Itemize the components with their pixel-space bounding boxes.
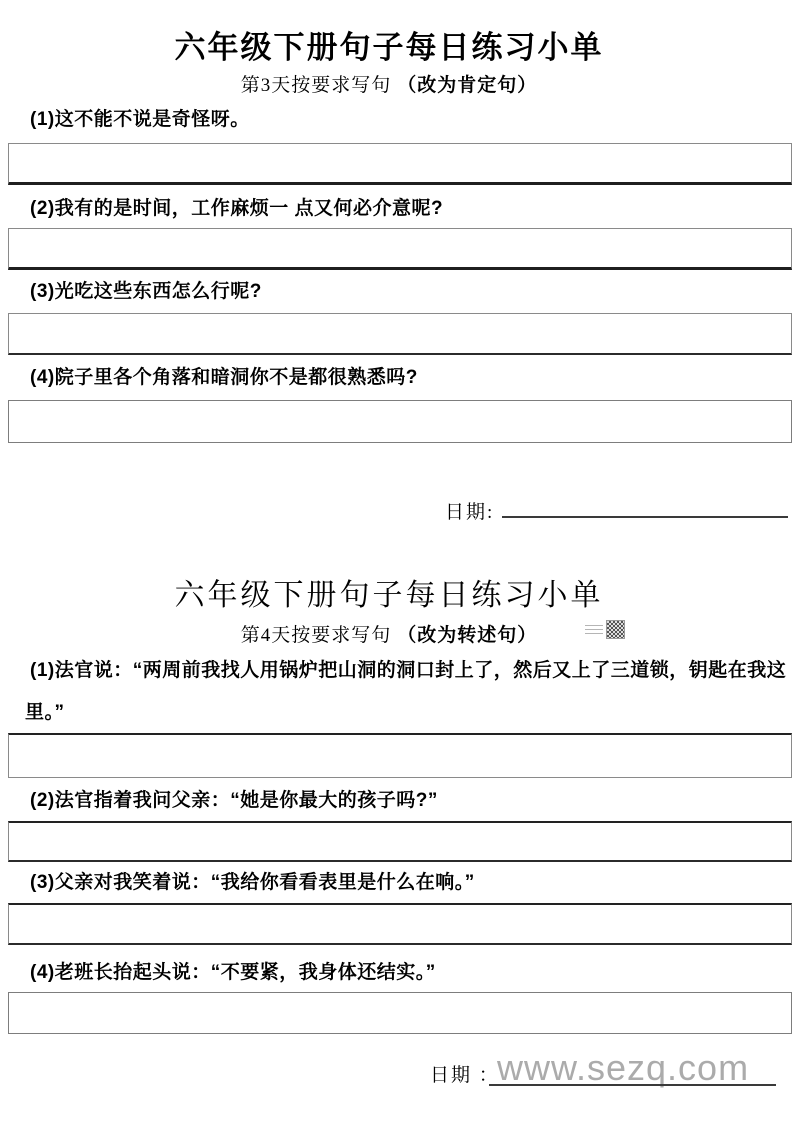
worksheet-page: 六年级下册句子每日练习小单 第3天按要求写句（改为肯定句） (1)这不能不说是奇… bbox=[0, 0, 800, 1131]
section1-date-line[interactable] bbox=[502, 516, 788, 518]
section1-answer-box-3[interactable] bbox=[8, 313, 792, 355]
section2-answer-box-1[interactable] bbox=[8, 733, 792, 778]
qr-fine-print bbox=[585, 625, 603, 634]
qr-code-icon bbox=[607, 621, 624, 638]
section1-answer-box-1[interactable] bbox=[8, 143, 792, 185]
section2-answer-box-2[interactable] bbox=[8, 821, 792, 862]
section1-answer-box-2[interactable] bbox=[8, 228, 792, 270]
section2-subtitle-day: 第4天按要求写句 bbox=[241, 625, 392, 646]
section1-date-label: 日期: bbox=[445, 497, 494, 524]
section1-title: 六年级下册句子每日练习小单 bbox=[0, 22, 778, 67]
section2-subtitle-requirement: （改为转述句） bbox=[397, 625, 537, 646]
section2-question-4: (4)老班长抬起头说：“不要紧，我身体还结实。” bbox=[30, 962, 436, 984]
section2-question-1: (1)法官说：“两周前我找人用锅炉把山洞的洞口封上了，然后又上了三道锁，钥匙在我… bbox=[25, 650, 793, 734]
section2-date-label: 日期 ： bbox=[430, 1060, 500, 1087]
section2-question-2: (2)法官指着我问父亲：“她是你最大的孩子吗?” bbox=[30, 790, 438, 812]
section2-title: 六年级下册句子每日练习小单 bbox=[0, 570, 778, 614]
section1-subtitle: 第3天按要求写句（改为肯定句） bbox=[0, 70, 778, 97]
section1-question-1: (1)这不能不说是奇怪呀。 bbox=[30, 109, 250, 131]
section2-answer-box-4[interactable] bbox=[8, 992, 792, 1034]
watermark: www.sezq.com bbox=[497, 1047, 749, 1089]
section1-answer-box-4[interactable] bbox=[8, 400, 792, 443]
section2-date-line[interactable] bbox=[489, 1084, 776, 1086]
section2-subtitle: 第4天按要求写句（改为转述句） bbox=[0, 620, 778, 647]
section2-question-3: (3)父亲对我笑着说：“我给你看看表里是什么在响。” bbox=[30, 872, 475, 894]
section1-subtitle-day: 第3天按要求写句 bbox=[241, 75, 392, 96]
section1-question-4: (4)院子里各个角落和暗洞你不是都很熟悉吗? bbox=[30, 367, 418, 389]
section1-question-2: (2)我有的是时间，工作麻烦一 点又何必介意呢? bbox=[30, 198, 443, 220]
section1-subtitle-requirement: （改为肯定句） bbox=[397, 75, 537, 96]
section2-answer-box-3[interactable] bbox=[8, 903, 792, 945]
section1-question-3: (3)光吃这些东西怎么行呢? bbox=[30, 281, 262, 303]
